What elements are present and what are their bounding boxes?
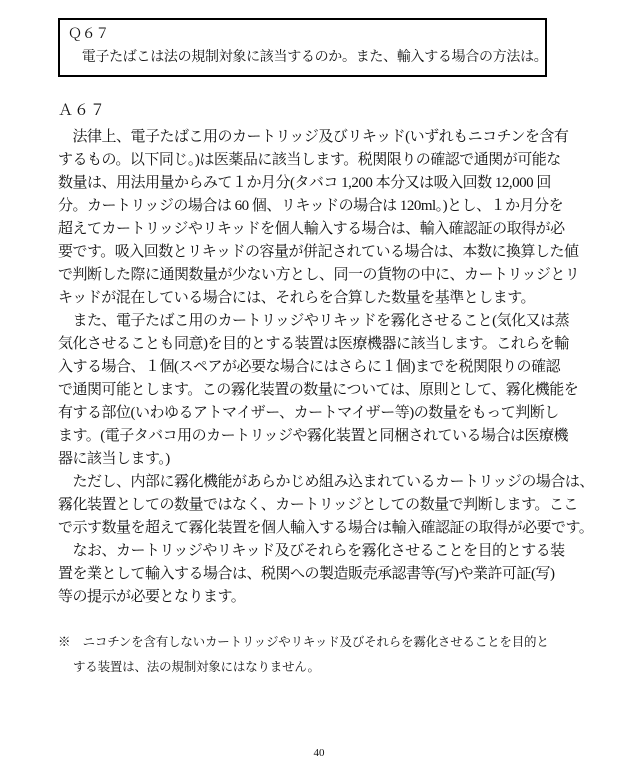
text-line: ただし、内部に霧化機能があらかじめ組み込まれているカートリッジの場合は、 [58, 471, 582, 494]
text-line: なお、カートリッジやリキッド及びそれらを霧化させることを目的とする装 [58, 540, 582, 563]
page-number: 40 [0, 747, 638, 759]
document-page: Ｑ６７ 電子たばこは法の規制対象に該当するのか。また、輸入する場合の方法は。 Ａ… [0, 0, 638, 769]
question-label: Ｑ６７ [68, 23, 537, 46]
text-line: 有する部位(いわゆるアトマイザー、カートマイザー等)の数量をもって判断し [58, 402, 582, 425]
question-box: Ｑ６７ 電子たばこは法の規制対象に該当するのか。また、輸入する場合の方法は。 [58, 18, 547, 77]
footnote: ※ ニコチンを含有しないカートリッジやリキッド及びそれらを霧化させることを目的と… [58, 630, 582, 680]
answer-paragraph-2: また、電子たばこ用のカートリッジやリキッドを霧化させること(気化又は蒸 気化させ… [58, 310, 582, 471]
text-line: また、電子たばこ用のカートリッジやリキッドを霧化させること(気化又は蒸 [58, 310, 582, 333]
footnote-line: ※ ニコチンを含有しないカートリッジやリキッド及びそれらを霧化させることを目的と [58, 630, 582, 655]
text-line: 数量は、用法用量からみて１か月分(タバコ 1,200 本分又は吸入回数 12,0… [58, 172, 582, 195]
text-line: するもの。以下同じ。)は医薬品に該当します。税関限りの確認で通関が可能な [58, 149, 582, 172]
text-line: ます。(電子タバコ用のカートリッジや霧化装置と同梱されている場合は医療機 [58, 425, 582, 448]
answer-paragraph-4: なお、カートリッジやリキッド及びそれらを霧化させることを目的とする装 置を業とし… [58, 540, 582, 609]
footnote-line: する装置は、法の規制対象にはなりません。 [73, 655, 582, 680]
text-line: 置を業として輸入する場合は、税関への製造販売承認書等(写)や業許可証(写) [58, 563, 582, 586]
text-line: 要です。吸入回数とリキッドの容量が併記されている場合は、本数に換算した値 [58, 241, 582, 264]
text-line: 器に該当します。) [58, 448, 582, 471]
answer-paragraph-3: ただし、内部に霧化機能があらかじめ組み込まれているカートリッジの場合は、 霧化装… [58, 471, 582, 540]
text-line: 法律上、電子たばこ用のカートリッジ及びリキッド(いずれもニコチンを含有 [58, 126, 582, 149]
text-line: 入する場合、１個(スペアが必要な場合にはさらに１個)までを税関限りの確認 [58, 356, 582, 379]
text-line: 超えてカートリッジやリキッドを個人輸入する場合は、輸入確認証の取得が必 [58, 218, 582, 241]
text-line: で通関可能とします。この霧化装置の数量については、原則として、霧化機能を [58, 379, 582, 402]
question-text: 電子たばこは法の規制対象に該当するのか。また、輸入する場合の方法は。 [68, 46, 537, 69]
text-line: 霧化装置としての数量ではなく、カートリッジとしての数量で判断します。ここ [58, 494, 582, 517]
text-line: キッドが混在している場合には、それらを合算した数量を基準とします。 [58, 287, 582, 310]
answer-paragraph-1: 法律上、電子たばこ用のカートリッジ及びリキッド(いずれもニコチンを含有 するもの… [58, 126, 582, 310]
text-line: 等の提示が必要となります。 [58, 586, 582, 609]
document-content: Ｑ６７ 電子たばこは法の規制対象に該当するのか。また、輸入する場合の方法は。 Ａ… [58, 18, 582, 680]
text-line: で示す数量を超えて霧化装置を個人輸入する場合は輸入確認証の取得が必要です。 [58, 517, 582, 540]
text-line: で判断した際に通関数量が少ない方とし、同一の貨物の中に、カートリッジとリ [58, 264, 582, 287]
answer-label: Ａ６７ [58, 100, 582, 123]
text-line: 気化させることも同意)を目的とする装置は医療機器に該当します。これらを輸 [58, 333, 582, 356]
text-line: 分。カートリッジの場合は 60 個、リキッドの場合は 120ml。)とし、１か月… [58, 195, 582, 218]
answer-body: 法律上、電子たばこ用のカートリッジ及びリキッド(いずれもニコチンを含有 するもの… [58, 126, 582, 609]
